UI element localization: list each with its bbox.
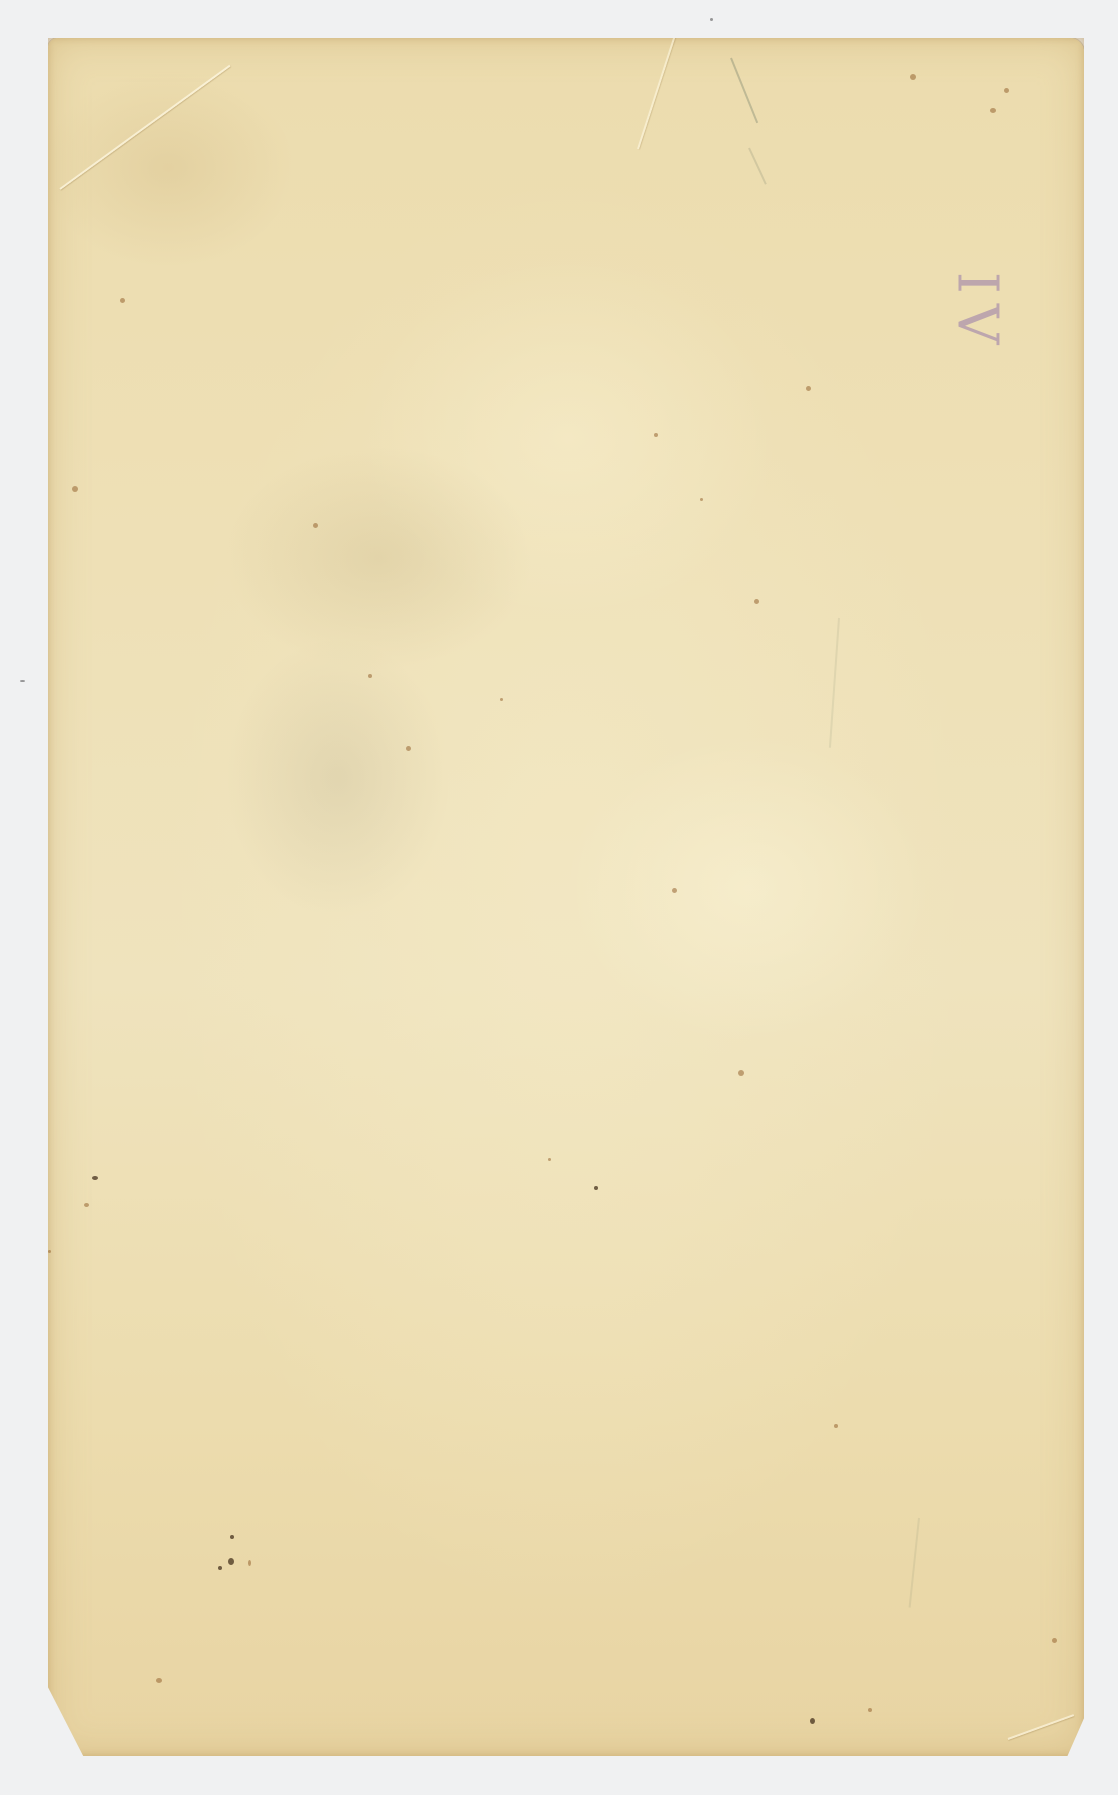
foxing-spot	[406, 746, 411, 751]
foxing-spot	[754, 599, 759, 604]
foxing-spot	[594, 1186, 598, 1190]
scan-background: IV	[0, 0, 1118, 1795]
foxing-spot	[218, 1566, 222, 1570]
foxing-spot	[368, 674, 372, 678]
foxing-spot	[72, 486, 78, 492]
foxing-spot	[654, 433, 658, 437]
dust-speck	[20, 680, 25, 682]
foxing-spot	[228, 1558, 234, 1565]
pencil-smudge	[730, 58, 758, 124]
foxing-spot	[910, 74, 916, 80]
foxing-spot	[672, 888, 677, 893]
foxing-spot	[1004, 88, 1009, 93]
crease-top-left	[59, 65, 230, 190]
dust-speck	[710, 18, 713, 21]
foxing-spot	[500, 698, 503, 701]
foxing-spot	[834, 1424, 838, 1428]
foxing-spot	[868, 1708, 872, 1712]
foxing-spot	[810, 1718, 815, 1724]
foxing-spot	[806, 386, 811, 391]
edge-aging	[48, 38, 1084, 1756]
pencil-smudge	[909, 1518, 920, 1608]
paper-card: IV	[48, 38, 1084, 1756]
foxing-spot	[548, 1158, 551, 1161]
foxing-spot	[248, 1560, 251, 1566]
stamp-text: IV	[948, 272, 1004, 355]
purple-stamp-mark: IV	[936, 248, 1016, 378]
foxing-spot	[84, 1203, 89, 1207]
foxing-spot	[700, 498, 703, 501]
pencil-smudge	[748, 148, 767, 185]
foxing-spot	[156, 1678, 162, 1683]
crease-top-center	[637, 35, 676, 150]
foxing-spot	[230, 1535, 234, 1539]
crease-bottom-right	[1008, 1714, 1074, 1740]
foxing-spot	[313, 523, 318, 528]
foxing-spot	[48, 1250, 51, 1253]
foxing-spot	[1052, 1638, 1057, 1643]
foxing-spot	[738, 1070, 744, 1076]
foxing-spot	[120, 298, 125, 303]
pencil-smudge	[829, 618, 840, 748]
foxing-spot	[92, 1176, 98, 1180]
foxing-spot	[990, 108, 996, 113]
